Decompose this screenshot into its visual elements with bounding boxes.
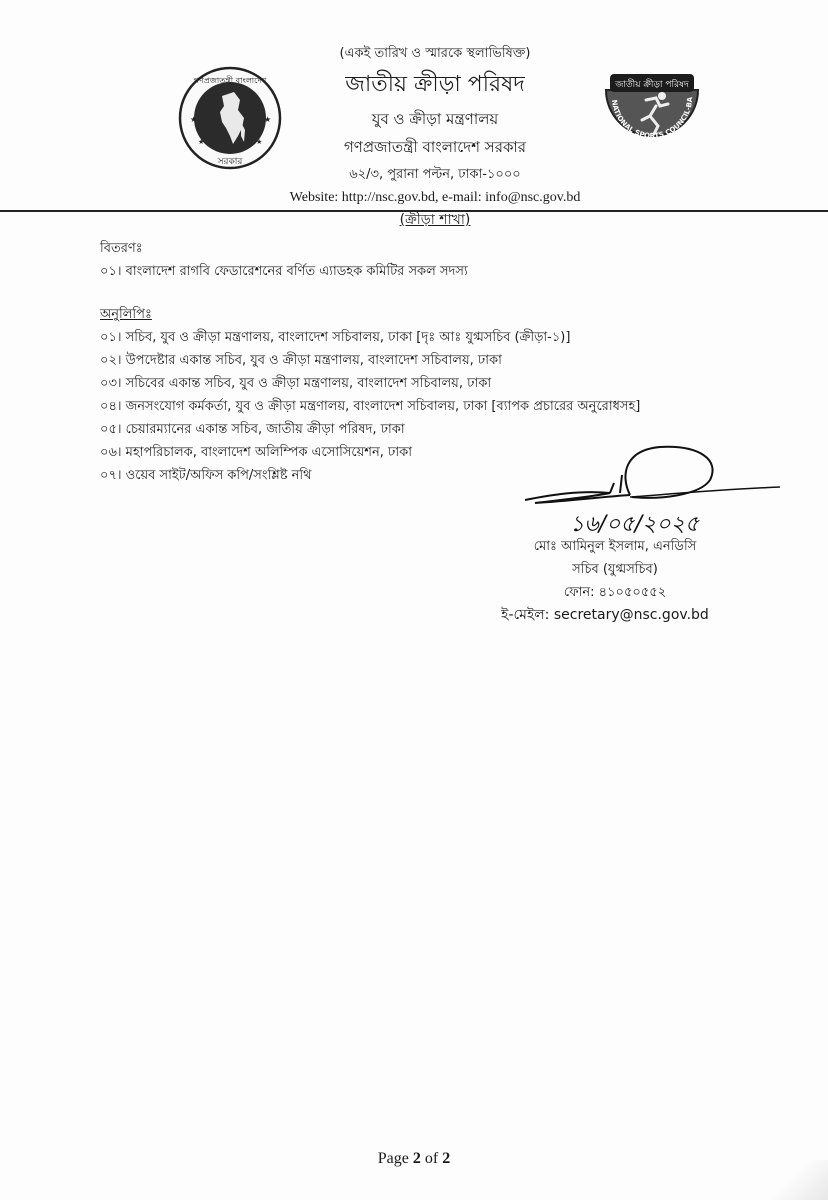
ministry-name: যুব ও ক্রীড়া মন্ত্রণালয় <box>290 108 580 133</box>
national-sports-council-logo-icon: জাতীয় ক্রীড়া পরিষদ NATIONAL SPORTS COU… <box>600 60 704 164</box>
signatory-email: ই-মেইল: secretary@nsc.gov.bd <box>470 604 740 627</box>
copy-item: ০৩। সচিবের একান্ত সচিব, যুব ও ক্রীড়া মন… <box>100 372 640 395</box>
copies-heading: অনুলিপিঃ <box>100 303 152 326</box>
copy-item: ০৪। জনসংযোগ কর্মকর্তা, যুব ও ক্রীড়া মন্… <box>100 395 640 418</box>
paper-edge-shadow <box>768 1160 828 1200</box>
signatory-block: মোঃ আমিনুল ইসলাম, এনডিসি সচিব (যুগ্মসচিব… <box>490 535 740 627</box>
distribution-item: ০১। বাংলাদেশ রাগবি ফেডারেশনের বর্ণিত এ্য… <box>100 260 468 283</box>
svg-text:★: ★ <box>198 138 204 146</box>
copy-item: ০১। সচিব, যুব ও ক্রীড়া মন্ত্রণালয়, বাং… <box>100 326 640 349</box>
bangladesh-government-seal-icon: গণপ্রজাতন্ত্রী বাংলাদেশ সরকার ★ ★ ★ ★ <box>178 66 282 170</box>
distribution-heading: বিতরণঃ <box>100 237 143 260</box>
copy-item: ০৫। চেয়ারম্যানের একান্ত সচিব, জাতীয় ক্… <box>100 418 640 441</box>
header-divider <box>0 210 828 212</box>
svg-text:★: ★ <box>190 115 197 124</box>
page-total: 2 <box>442 1150 450 1167</box>
document-page: গণপ্রজাতন্ত্রী বাংলাদেশ সরকার ★ ★ ★ ★ (এ… <box>0 0 828 1200</box>
distribution-section: বিতরণঃ ০১। বাংলাদেশ রাগবি ফেডারেশনের বর্… <box>100 237 468 283</box>
svg-text:গণপ্রজাতন্ত্রী বাংলাদেশ: গণপ্রজাতন্ত্রী বাংলাদেশ <box>194 75 267 85</box>
copy-item: ০২। উপদেষ্টার একান্ত সচিব, যুব ও ক্রীড়া… <box>100 349 640 372</box>
office-address: ৬২/৩, পুরানা পল্টন, ঢাকা-১০০০ <box>290 165 580 186</box>
svg-text:★: ★ <box>264 115 271 124</box>
signatory-designation: সচিব (যুগ্মসচিব) <box>490 558 740 581</box>
page-mid: of <box>421 1150 442 1167</box>
signatory-name: মোঃ আমিনুল ইসলাম, এনডিসি <box>490 535 740 558</box>
organization-name: জাতীয় ক্রীড়া পরিষদ <box>290 67 580 104</box>
handwritten-date: ১৬/০৫/২০২৫ <box>570 512 700 535</box>
contact-line: Website: http://nsc.gov.bd, e-mail: info… <box>270 190 600 206</box>
page-prefix: Page <box>378 1150 413 1167</box>
header-subtitle: (একই তারিখ ও স্মারকে স্থলাভিষিক্ত) <box>290 44 580 65</box>
letterhead: গণপ্রজাতন্ত্রী বাংলাদেশ সরকার ★ ★ ★ ★ (এ… <box>0 40 828 210</box>
svg-text:জাতীয় ক্রীড়া পরিষদ: জাতীয় ক্রীড়া পরিষদ <box>614 78 689 90</box>
signatory-phone: ফোন: ৪১০৫০৫৫২ <box>490 581 740 604</box>
svg-text:সরকার: সরকার <box>217 157 244 167</box>
government-name: গণপ্রজাতন্ত্রী বাংলাদেশ সরকার <box>290 136 580 161</box>
page-number: Page 2 of 2 <box>0 1150 828 1168</box>
svg-text:★: ★ <box>256 138 262 146</box>
handwritten-signature: ১৬/০৫/২০২৫ <box>510 445 810 535</box>
page-current: 2 <box>413 1150 421 1167</box>
